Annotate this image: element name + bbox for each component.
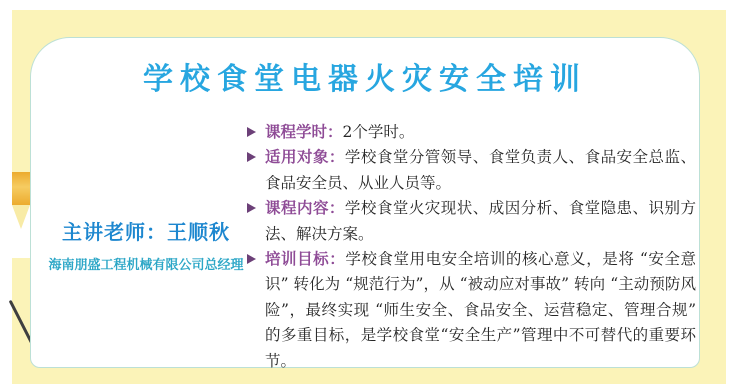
bullet-item-course-hours: 课程学时：2个学时。	[246, 120, 696, 145]
bullet-label: 培训目标：	[265, 251, 345, 268]
bullet-list: 课程学时：2个学时。 适用对象：学校食堂分管领导、食堂负责人、食品安全总监、食品…	[246, 120, 696, 374]
bullet-item-training-goal: 培训目标：学校食堂用电安全培训的核心意义，是将 “安全意识” 转化为 “规范行为…	[246, 247, 696, 374]
bullet-item-course-content: 课程内容：学校食堂火灾现状、成因分析、食堂隐患、识别方法、解决方案。	[246, 196, 696, 247]
bullet-item-target-audience: 适用对象：学校食堂分管领导、食堂负责人、食品安全总监、食品安全员、从业人员等。	[246, 145, 696, 196]
lecturer-name: 主讲老师：王顺秋	[41, 216, 251, 245]
arrow-bullet-icon	[247, 152, 256, 162]
lecturer-affiliation: 海南朋盛工程机械有限公司总经理	[41, 254, 251, 273]
bullet-label: 适用对象：	[265, 149, 345, 166]
bullet-label: 课程内容：	[265, 200, 345, 217]
lecturer-block: 主讲老师：王顺秋 海南朋盛工程机械有限公司总经理	[41, 216, 251, 273]
bullet-label: 课程学时：	[265, 124, 343, 141]
bullet-text: 2个学时。	[343, 123, 415, 141]
slide-title: 学校食堂电器火灾安全培训	[31, 54, 699, 98]
arrow-bullet-icon	[247, 127, 256, 137]
arrow-bullet-icon	[247, 203, 256, 213]
arrow-bullet-icon	[247, 254, 256, 264]
slide-background: 学校食堂电器火灾安全培训 主讲老师：王顺秋 海南朋盛工程机械有限公司总经理 课程…	[12, 10, 726, 384]
content-card: 学校食堂电器火灾安全培训 主讲老师：王顺秋 海南朋盛工程机械有限公司总经理 课程…	[30, 37, 700, 368]
pencil-tip-icon	[12, 205, 30, 229]
pencil-band-icon	[12, 172, 30, 205]
